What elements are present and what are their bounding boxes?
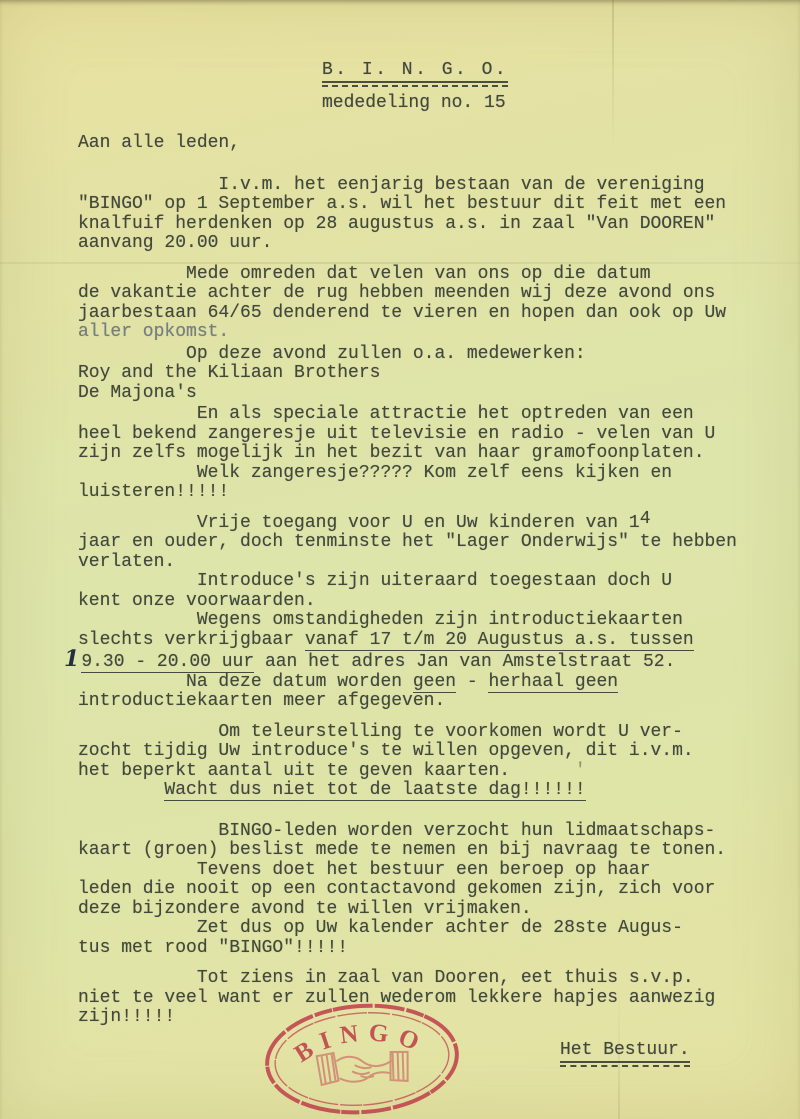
handwritten-correction: 1 — [64, 646, 79, 672]
text-segment: Tot ziens in zaal van Dooren, eet thuis … — [78, 968, 694, 988]
page-subtitle: mededeling no. 15 — [322, 93, 508, 113]
text-segment: zijn zelfs mogelijk in het bezit van haa… — [78, 443, 705, 463]
body-line: slechts verkrijgbaar vanaf 17 t/m 20 Aug… — [78, 631, 780, 651]
body-line: het beperkt aantal uit te geven kaarten.… — [78, 762, 780, 782]
signature-block: Het Bestuur. — [560, 1040, 690, 1067]
body-line: Vrije toegang voor U en Uw kinderen van … — [78, 514, 780, 534]
body-line: 19.30 - 20.00 uur aan het adres Jan van … — [78, 650, 780, 673]
text-segment — [78, 780, 164, 800]
body-line: Tot ziens in zaal van Dooren, eet thuis … — [78, 969, 780, 989]
document-page: B. I. N. G. O. mededeling no. 15 Aan all… — [0, 0, 800, 1119]
text-segment: aller opkomst. — [78, 322, 229, 342]
text-segment: 4 — [640, 509, 651, 529]
body-line: Introduce's zijn uiteraard toegestaan do… — [78, 572, 780, 592]
signature-text: Het Bestuur. — [560, 1040, 690, 1063]
fold-crease — [612, 0, 614, 150]
text-segment: "BINGO" op 1 September a.s. wil het best… — [78, 194, 726, 214]
body-line: Op deze avond zullen o.a. medewerken: — [78, 345, 780, 365]
text-segment: vanaf 17 t/m 20 Augustus a.s. tussen — [305, 630, 694, 651]
text-segment: geen — [413, 672, 456, 693]
text-segment: slechts verkrijgbaar — [78, 630, 305, 650]
text-segment: Wacht dus niet tot de laatste dag!!!!!! — [164, 780, 585, 801]
body-line: zocht tijdig Uw introduce's te willen op… — [78, 742, 780, 762]
signature-underline — [560, 1065, 690, 1067]
body-line: de vakantie achter de rug hebben meenden… — [78, 284, 780, 304]
text-segment: verlaten. — [78, 552, 175, 572]
body-line: introductiekaarten meer afgegeven. — [78, 692, 780, 712]
bingo-stamp: BINGO — [256, 994, 469, 1119]
document-footer: BINGO Het Bestuur. — [0, 995, 800, 1119]
text-segment: 9.30 - 20.00 uur — [81, 652, 254, 673]
text-segment: heel bekend zangeresje uit televisie en … — [78, 424, 715, 444]
text-segment: Roy and the Kiliaan Brothers — [78, 363, 380, 383]
body-line: tus met rood "BINGO"!!!!! — [78, 939, 780, 959]
text-segment: Om teleurstelling te voorkomen wordt U v… — [78, 722, 683, 742]
text-segment: de vakantie achter de rug hebben meenden… — [78, 283, 715, 303]
body-line: leden die nooit op een contactavond geko… — [78, 880, 780, 900]
body-line: "BINGO" op 1 September a.s. wil het best… — [78, 195, 780, 215]
body-line: Aan alle leden, — [78, 134, 780, 154]
body-line: De Majona's — [78, 384, 780, 404]
text-segment: Mede omreden dat velen van ons op die da… — [78, 264, 651, 284]
text-segment: Aan alle leden, — [78, 133, 240, 153]
text-segment: I.v.m. het eenjarig bestaan van de veren… — [78, 175, 705, 195]
text-segment: herhaal geen — [488, 672, 618, 693]
text-segment: BINGO-leden worden verzocht hun lidmaats… — [78, 821, 715, 841]
title-underline — [322, 85, 508, 87]
body-line: verlaten. — [78, 553, 780, 573]
text-segment: het beperkt aantal uit te geven kaarten. — [78, 761, 510, 781]
body-line: Welk zangeresje????? Kom zelf eens kijke… — [78, 464, 780, 484]
body-line: aanvang 20.00 uur. — [78, 234, 780, 254]
text-segment: jaar en ouder, doch tenminste het "Lager… — [78, 532, 737, 552]
body-line: knalfuif herdenken op 28 augustus a.s. i… — [78, 215, 780, 235]
body-line: Wegens omstandigheden zijn introductieka… — [78, 611, 780, 631]
body-line: luisteren!!!!! — [78, 483, 780, 503]
body-line: aller opkomst. — [78, 323, 780, 343]
body-line: Om teleurstelling te voorkomen wordt U v… — [78, 723, 780, 743]
body-line: jaar en ouder, doch tenminste het "Lager… — [78, 533, 780, 553]
body-line: Na deze datum worden geen - herhaal geen — [78, 673, 780, 693]
body-line: deze bijzondere avond te willen vrijmake… — [78, 900, 780, 920]
body-line: jaarbestaan 64/65 denderend te vieren en… — [78, 304, 780, 324]
body-line: Roy and the Kiliaan Brothers — [78, 364, 780, 384]
text-segment: leden die nooit op een contactavond geko… — [78, 879, 715, 899]
document-header: B. I. N. G. O. mededeling no. 15 — [322, 60, 508, 113]
body-line: kaart (groen) beslist mede te nemen en b… — [78, 841, 780, 861]
text-segment: Tevens doet het bestuur een beroep op ha… — [78, 860, 651, 880]
body-line: Zet dus op Uw kalender achter de 28ste A… — [78, 919, 780, 939]
handshake-icon — [317, 1048, 410, 1087]
text-segment: aanvang 20.00 uur. — [78, 233, 272, 253]
body-line: heel bekend zangeresje uit televisie en … — [78, 425, 780, 445]
text-segment: tus met rood "BINGO"!!!!! — [78, 938, 348, 958]
document-body: Aan alle leden, I.v.m. het eenjarig best… — [78, 134, 780, 1028]
body-line: En als speciale attractie het optreden v… — [78, 405, 780, 425]
text-segment: Na deze datum worden — [78, 672, 413, 692]
text-segment: Welk zangeresje????? Kom zelf eens kijke… — [78, 463, 672, 483]
body-line: Tevens doet het bestuur een beroep op ha… — [78, 861, 780, 881]
text-segment: deze bijzondere avond te willen vrijmake… — [78, 899, 532, 919]
text-segment: Op deze avond zullen o.a. medewerken: — [78, 344, 586, 364]
text-segment: ' — [510, 761, 586, 781]
text-segment: zocht tijdig Uw introduce's te willen op… — [78, 741, 694, 761]
text-segment: introductiekaarten meer afgegeven. — [78, 691, 445, 711]
text-segment: kaart (groen) beslist mede te nemen en b… — [78, 840, 726, 860]
body-line: zijn zelfs mogelijk in het bezit van haa… — [78, 444, 780, 464]
body-line: I.v.m. het eenjarig bestaan van de veren… — [78, 176, 780, 196]
text-segment: De Majona's — [78, 383, 197, 403]
text-segment: knalfuif herdenken op 28 augustus a.s. i… — [78, 214, 715, 234]
page-title: B. I. N. G. O. — [322, 60, 508, 83]
text-segment: aan het adres Jan van Amstelstraat 52. — [254, 652, 675, 672]
body-line: kent onze voorwaarden. — [78, 592, 780, 612]
text-segment: luisteren!!!!! — [78, 482, 229, 502]
text-segment: En als speciale attractie het optreden v… — [78, 404, 694, 424]
body-line: BINGO-leden worden verzocht hun lidmaats… — [78, 822, 780, 842]
text-segment: Zet dus op Uw kalender achter de 28ste A… — [78, 918, 683, 938]
text-segment: Vrije toegang voor U en Uw kinderen van … — [78, 513, 640, 533]
text-segment: Wegens omstandigheden zijn introductieka… — [78, 610, 683, 630]
body-line: Mede omreden dat velen van ons op die da… — [78, 265, 780, 285]
body-line: Wacht dus niet tot de laatste dag!!!!!! — [78, 781, 780, 801]
text-segment: - — [456, 672, 488, 692]
text-segment: Introduce's zijn uiteraard toegestaan do… — [78, 571, 672, 591]
text-segment: kent onze voorwaarden. — [78, 591, 316, 611]
text-segment: jaarbestaan 64/65 denderend te vieren en… — [78, 303, 726, 323]
